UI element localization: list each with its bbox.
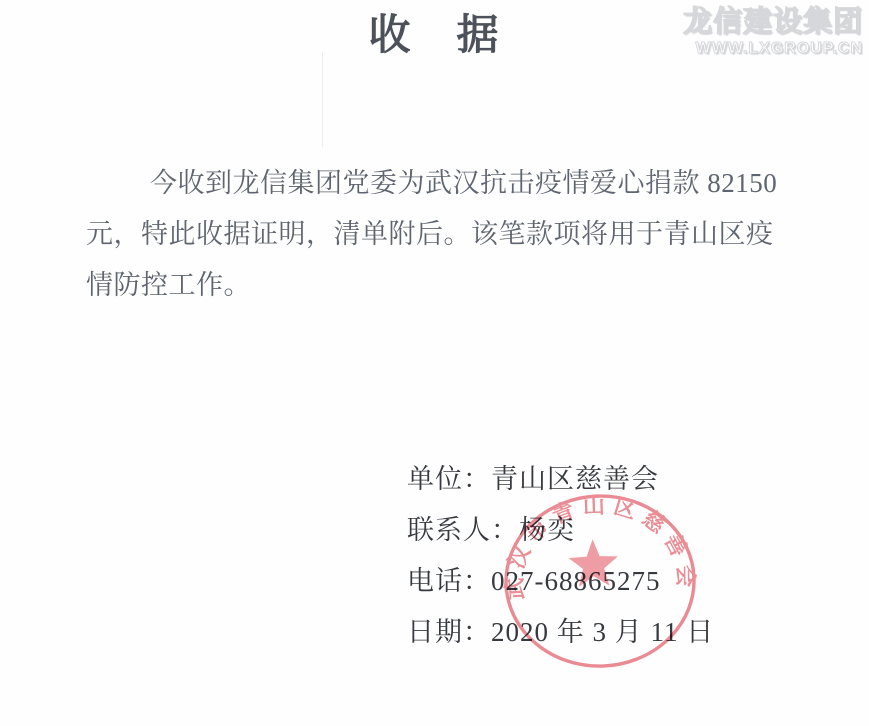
official-seal-stamp: 武汉市青山区慈善会 bbox=[499, 484, 705, 677]
body-line: 元，特此收据证明，清单附后。该笔款项将用于青山区疫 bbox=[86, 209, 786, 260]
seal-arc-text: 武汉市青山区慈善会 bbox=[499, 489, 699, 600]
body-line: 情防控工作。 bbox=[86, 260, 786, 311]
company-watermark: 龙信建设集团 WWW.LXGROUP.CN bbox=[683, 5, 863, 59]
watermark-company-name: 龙信建设集团 bbox=[683, 5, 863, 39]
body-line: 今收到龙信集团党委为武汉抗击疫情爱心捐款 82150 bbox=[86, 158, 786, 209]
receipt-body: 今收到龙信集团党委为武汉抗击疫情爱心捐款 82150 元，特此收据证明，清单附后… bbox=[86, 158, 786, 311]
scan-artifact-line bbox=[322, 52, 323, 147]
watermark-website: WWW.LXGROUP.CN bbox=[683, 39, 863, 59]
svg-text:武汉市青山区慈善会: 武汉市青山区慈善会 bbox=[499, 489, 699, 600]
seal-star-icon bbox=[568, 538, 619, 587]
receipt-document: 收 据 龙信建设集团 WWW.LXGROUP.CN 今收到龙信集团党委为武汉抗击… bbox=[0, 0, 869, 726]
